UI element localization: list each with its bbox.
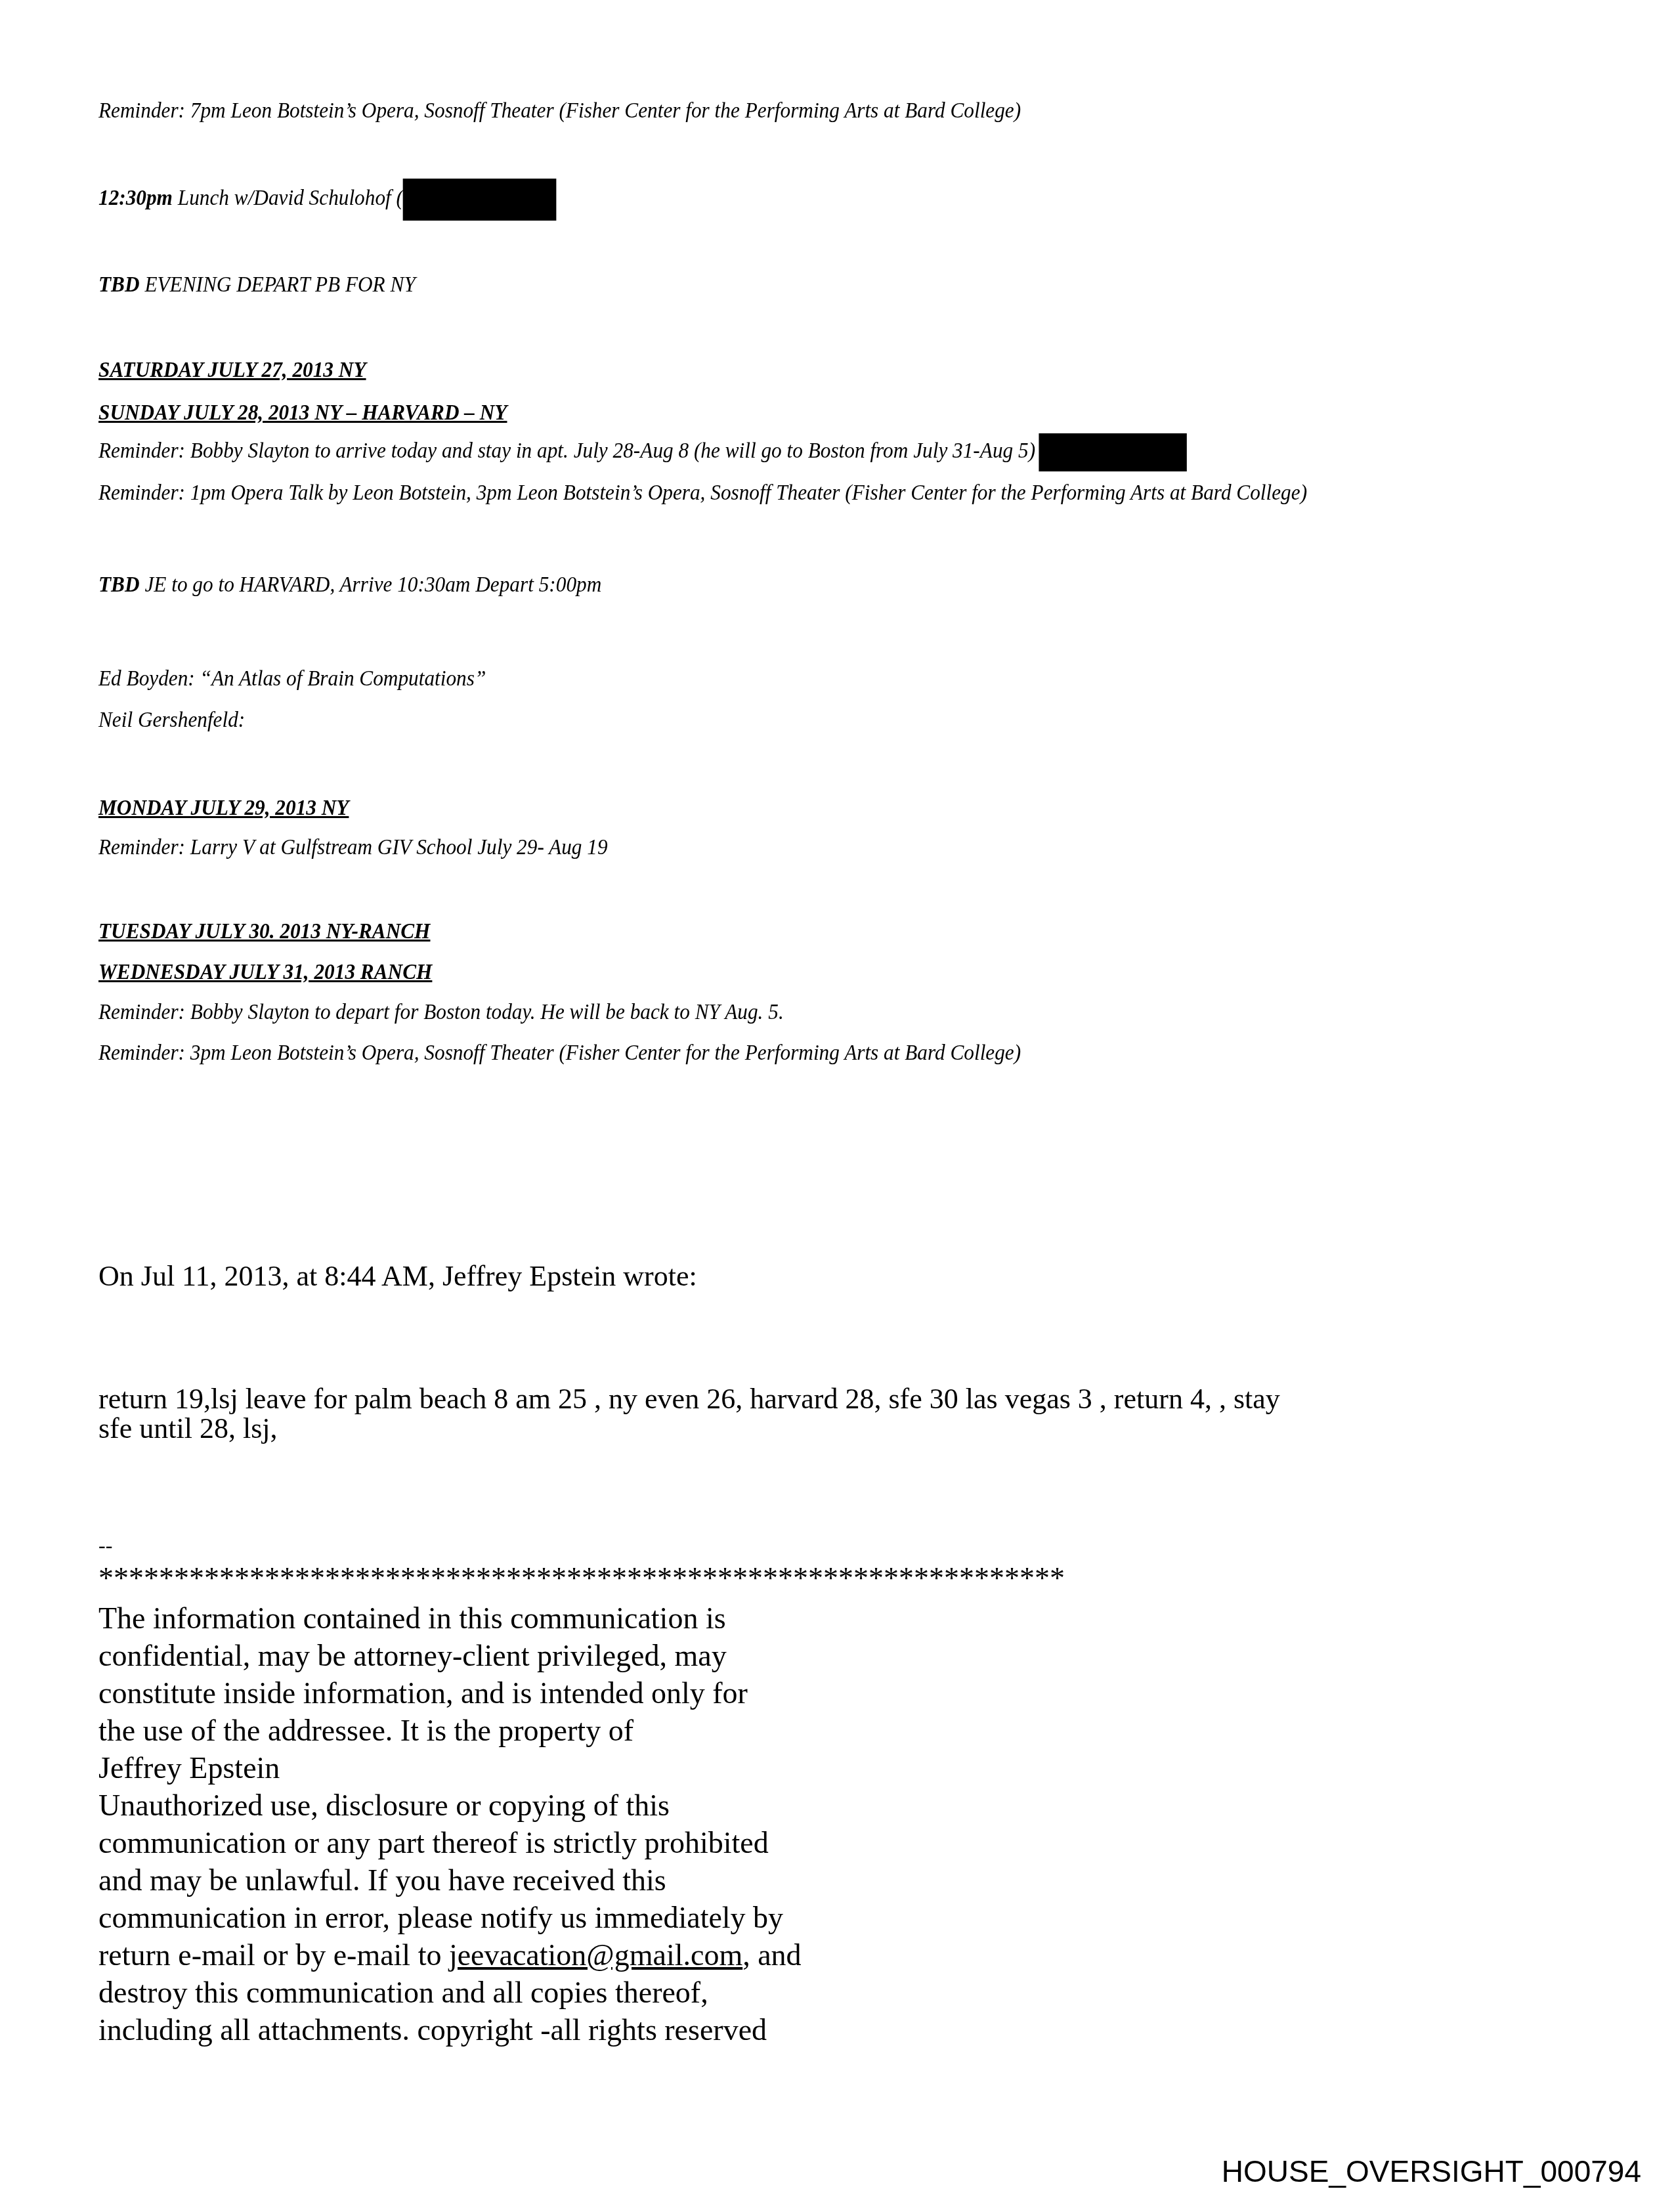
tbd-harvard-text: JE to go to HARVARD, Arrive 10:30am Depa… <box>140 573 602 597</box>
email-line-prefix: return e-mail or by e-mail to <box>98 1938 449 1972</box>
email-link[interactable]: jeevacation@gmail.com <box>449 1938 742 1972</box>
day-heading-sunday: SUNDAY JULY 28, 2013 NY – HARVARD – NY <box>98 401 507 425</box>
redaction-block <box>403 179 557 221</box>
disclaimer-block: The information contained in this commun… <box>98 1599 802 2049</box>
redaction-block <box>1039 433 1187 471</box>
reminder-bobby-depart: Reminder: Bobby Slayton to depart for Bo… <box>98 1000 784 1025</box>
disclaimer-line: The information contained in this commun… <box>98 1599 802 1637</box>
ed-boyden-talk: Ed Boyden: “An Atlas of Brain Computatio… <box>98 666 486 691</box>
tbd-label: TBD <box>98 272 140 297</box>
bates-number: HOUSE_OVERSIGHT_000794 <box>1222 2154 1641 2189</box>
email-body-line-2: sfe until 28, lsj, <box>98 1412 278 1445</box>
day-heading-wednesday: WEDNESDAY JULY 31, 2013 RANCH <box>98 960 432 985</box>
day-heading-tuesday: TUESDAY JULY 30. 2013 NY-RANCH <box>98 919 430 944</box>
lunch-time: 12:30pm <box>98 186 173 210</box>
disclaimer-line: and may be unlawful. If you have receive… <box>98 1861 802 1899</box>
day-heading-monday: MONDAY JULY 29, 2013 NY <box>98 796 349 821</box>
reminder-larry: Reminder: Larry V at Gulfstream GIV Scho… <box>98 835 608 860</box>
disclaimer-line: confidential, may be attorney-client pri… <box>98 1637 802 1674</box>
email-body-line-1: return 19,lsj leave for palm beach 8 am … <box>98 1382 1280 1416</box>
reminder-opera-talk: Reminder: 1pm Opera Talk by Leon Botstei… <box>98 481 1307 506</box>
disclaimer-line: communication or any part thereof is str… <box>98 1824 802 1861</box>
lunch-entry: 12:30pm Lunch w/David Schulohof ( <box>98 179 557 221</box>
neil-gershenfeld: Neil Gershenfeld: <box>98 708 245 733</box>
day-heading-saturday: SATURDAY JULY 27, 2013 NY <box>98 358 366 383</box>
disclaimer-line: constitute inside information, and is in… <box>98 1674 802 1712</box>
tbd-evening-text: EVENING DEPART PB FOR NY <box>140 272 416 297</box>
disclaimer-line: including all attachments. copyright -al… <box>98 2011 802 2049</box>
tbd-label: TBD <box>98 573 140 597</box>
reminder-bobby-arrive-text: Reminder: Bobby Slayton to arrive today … <box>98 439 1035 463</box>
reminder-opera-7pm: Reminder: 7pm Leon Botstein’s Opera, Sos… <box>98 98 1021 123</box>
quote-header: On Jul 11, 2013, at 8:44 AM, Jeffrey Eps… <box>98 1259 697 1293</box>
tbd-evening-entry: TBD EVENING DEPART PB FOR NY <box>98 272 416 297</box>
disclaimer-line: the use of the addressee. It is the prop… <box>98 1712 802 1749</box>
signature-dashes: -- <box>98 1527 112 1564</box>
lunch-text: Lunch w/David Schulohof ( <box>173 186 403 210</box>
reminder-opera-3pm: Reminder: 3pm Leon Botstein’s Opera, Sos… <box>98 1041 1021 1066</box>
disclaimer-line: Jeffrey Epstein <box>98 1749 802 1787</box>
disclaimer-email-line: return e-mail or by e-mail to jeevacatio… <box>98 1936 802 1974</box>
signature-stars: ****************************************… <box>98 1559 1065 1597</box>
tbd-harvard-entry: TBD JE to go to HARVARD, Arrive 10:30am … <box>98 573 601 597</box>
reminder-bobby-arrive: Reminder: Bobby Slayton to arrive today … <box>98 433 1187 471</box>
disclaimer-line: communication in error, please notify us… <box>98 1899 802 1936</box>
disclaimer-line: Unauthorized use, disclosure or copying … <box>98 1787 802 1824</box>
email-line-suffix: , and <box>742 1938 801 1972</box>
disclaimer-line: destroy this communication and all copie… <box>98 1974 802 2011</box>
